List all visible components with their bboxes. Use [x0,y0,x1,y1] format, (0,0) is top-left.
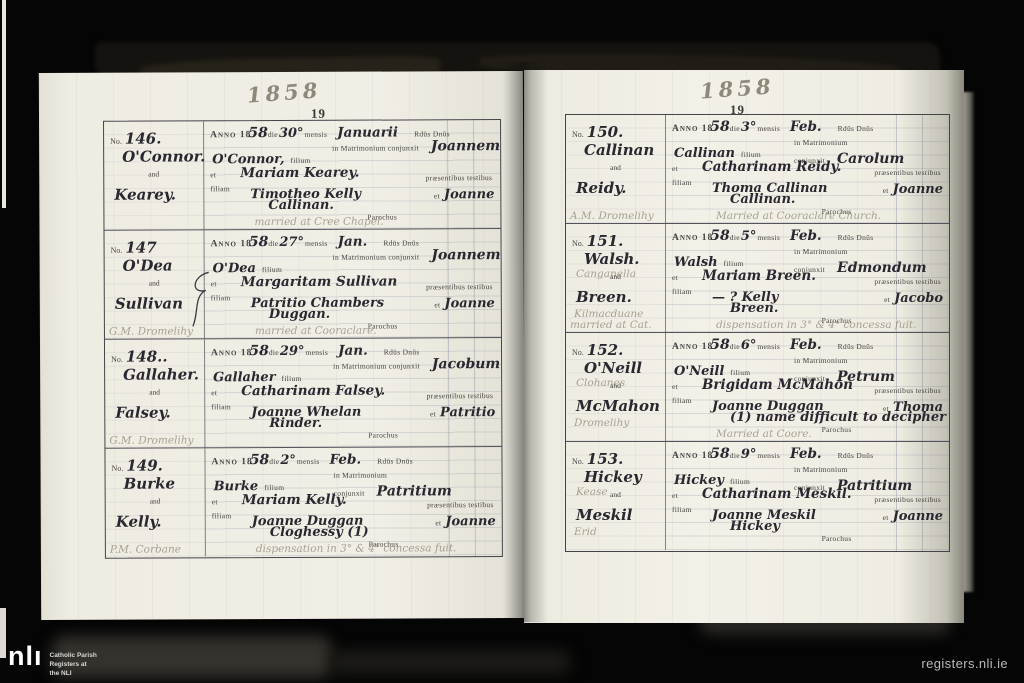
register-form-table: No.150. Callinan and Reidy. Anno 1858die… [565,114,950,552]
die-label: die [730,451,740,460]
scan-edge-artifact [0,608,6,658]
testibus-label: præsentibus testibus [874,168,941,177]
testibus-label: præsentibus testibus [427,500,494,509]
entry-body: Anno 1858die30°mensisJanuariiRdūs Dnūs i… [204,120,500,229]
bride-name: Margaritam Sullivan [241,273,398,290]
year-value: 58 [710,228,729,244]
entry-no-label: No. [111,355,123,364]
nli-caption-line: Catholic Parish [50,652,97,661]
entry-no-label: No. [572,239,584,248]
et-label: et [883,186,889,195]
margin-and-label: and [610,272,621,281]
mensis-label: mensis [757,233,780,242]
filiam-label: filiam [672,178,692,187]
witness-1-continued: Rinder. [269,416,322,431]
pencil-margin-note: G.M. Dromelihy [109,434,193,446]
witness-2: Joanne [445,514,495,529]
margin-and-label: and [610,490,621,499]
die-label: die [730,124,740,133]
parochus-label: Parochus [822,534,852,543]
mensis-label: mensis [305,239,328,248]
year-value: 58 [710,119,729,135]
scan-shadow-blob [330,650,570,674]
day-value: 3° [741,120,757,135]
groom-first-name: Joannem [431,247,500,263]
entry-body: Anno 1858die6°mensisFeb.Rdūs Dnūs in Mat… [666,333,949,441]
anno-label: Anno 18 [672,124,713,134]
day-value: 6° [741,338,757,353]
groom-first-name: Patritium [377,483,452,499]
margin-bride-surname: Kearey. [114,185,176,203]
groom-first-name: Jacobum [432,356,500,372]
et-label: et [434,191,440,200]
bride-name: Mariam Kelly. [242,492,347,508]
die-label: die [730,342,740,351]
margin-groom-surname: O'Neill [584,359,642,377]
die-label: die [269,348,279,357]
bride-name: Catharinam Meskil. [702,486,852,502]
anno-label: Anno 18 [211,348,252,358]
witness-1-continued: Duggan. [269,307,330,322]
pencil-footnote: Married at Coore. [716,428,812,440]
pencil-footnote: married at Cree Chapel. [254,216,383,229]
mensis-label: mensis [305,348,328,357]
anno-label: Anno 18 [672,342,713,352]
die-label: die [730,233,740,242]
mensis-label: mensis [757,451,780,460]
record-entry: No.153. Hickey Kease and Meskil Erid Ann… [566,442,949,550]
record-entry: No.150. Callinan and Reidy. Anno 1858die… [566,115,949,224]
entry-margin: No.149. Burke and Kelly. [105,448,205,556]
groom-first-name: Joannem [431,138,500,154]
groom-first-name: Edmondum [837,260,927,276]
margin-and-label: and [148,170,159,179]
nli-logo: nlı Catholic Parish Registers at the NLI [8,644,97,678]
year-value: 58 [249,343,269,359]
nli-logo-mark: nlı [8,644,43,668]
scan-edge-artifact [2,0,6,208]
testibus-label: præsentibus testibus [427,391,494,400]
witness-1-continued: Hickey [730,519,780,534]
entry-margin: No.150. Callinan and Reidy. [566,115,666,223]
margin-bride-surname: Kelly. [116,513,162,531]
pencil-footnote: Married at Cooraclare Church. [716,210,881,222]
testibus-label: præsentibus testibus [874,277,941,286]
year-annotation: 1858 [699,73,775,103]
pencil-townland-note: Dromelihy [574,417,629,429]
site-watermark: registers.nli.ie [921,656,1008,671]
entry-no-label: No. [572,457,584,466]
anno-label: Anno 18 [211,457,252,467]
entry-number: 146. [125,130,162,148]
anno-label: Anno 18 [672,451,713,461]
et-label: et [883,513,889,522]
year-value: 58 [249,234,269,250]
entry-number: 153. [587,450,624,468]
margin-bride-surname: Sullivan [115,294,183,312]
margin-groom-surname: Callinan [584,141,654,159]
record-entry: No.149. Burke and Kelly. Anno 1858die2°m… [105,447,501,557]
et-label: et [434,300,440,309]
die-label: die [268,239,278,248]
bride-name: Mariam Kearey. [240,165,359,182]
entry-number: 152. [587,341,624,359]
ink-squiggle-mark [188,268,214,330]
entry-body: Anno 1858die9°mensisFeb.Rdūs Dnūs in Mat… [666,442,949,550]
bride-name: Brigidam McMahon [702,377,853,393]
pencil-footnote: dispensation in 3° & 4° concessa fuit. [256,542,457,555]
entry-body: Anno 1858die2°mensisFeb.Rdūs Dnūs in Mat… [205,447,501,556]
day-value: 29° [280,344,305,359]
pencil-margin-note: P.M. Corbane [110,543,181,555]
anno-label: Anno 18 [210,130,251,140]
register-form-table: No.146. O'Connor. and Kearey. Anno 1858d… [103,119,503,559]
entry-margin: No.148.. Gallaher. and Falsey. [105,339,205,447]
margin-groom-surname: Hickey [584,468,642,486]
filiam-label: filiam [672,396,692,405]
day-value: 5° [741,229,757,244]
et-label: et [430,409,436,418]
entry-margin: No.153. Hickey Kease and Meskil Erid [566,442,666,550]
entry-margin: No.147 O'Dea and Sullivan [104,230,204,338]
record-entry: No.148.. Gallaher. and Falsey. Anno 1858… [105,338,501,449]
witness-2: Joanne [444,187,494,202]
bride-name: Catharinam Reidy. [702,159,841,175]
margin-groom-surname: Gallaher. [123,365,199,383]
entry-margin: No.151. Walsh. Canganella and Breen. Kil… [566,224,666,332]
die-label: die [268,130,278,139]
filiam-label: filiam [211,402,231,411]
margin-bride-surname: Falsey. [115,403,171,421]
bride-name: Catharinam Falsey. [241,383,385,400]
day-value: 30° [279,126,304,141]
entry-number: 147 [125,239,156,257]
margin-and-label: and [149,388,160,397]
margin-bride-surname: Meskil [576,506,632,524]
mensis-label: mensis [305,130,328,139]
year-value: 58 [248,125,268,141]
filiam-label: filiam [672,505,692,514]
margin-bride-surname: Breen. [576,288,632,306]
pencil-townland-note: Erid [574,526,597,538]
year-annotation: 1858 [246,77,322,107]
entry-number: 148.. [126,347,168,365]
die-label: die [269,457,279,466]
margin-bride-surname: Reidy. [576,179,626,197]
record-entry: No.152. O'Neill Clohanes and McMahon Dro… [566,333,949,442]
year-value: 58 [250,452,270,468]
record-entry: No.151. Walsh. Canganella and Breen. Kil… [566,224,949,333]
entry-no-label: No. [110,137,122,146]
witness-2: Joanne [893,509,943,524]
margin-and-label: and [610,381,621,390]
year-value: 58 [710,337,729,353]
pencil-townland-note: Canganella [576,268,636,280]
witness-2: Joanne [444,296,494,311]
entry-body: Anno 1858die29°mensisJan.Rdūs Dnūs in Ma… [205,338,501,447]
entry-number: 151. [587,232,624,250]
margin-groom-surname: O'Dea [123,256,173,274]
entry-margin: No.152. O'Neill Clohanes and McMahon Dro… [566,333,666,441]
mensis-label: mensis [757,124,780,133]
entry-number: 150. [587,123,624,141]
et-label: et [435,518,441,527]
margin-and-label: and [150,497,161,506]
anno-label: Anno 18 [211,239,252,249]
year-value: 58 [710,446,729,462]
et-label: et [884,295,890,304]
pencil-margin-note: A.M. Dromelihy [570,210,654,222]
witness-1-continued: Callinan. [268,198,334,213]
entry-no-label: No. [112,464,124,473]
pencil-footnote: dispensation in 3° & 4° concessa fuit. [716,319,917,331]
entry-margin: No.146. O'Connor. and Kearey. [104,121,204,229]
witness-1-continued: Callinan. [730,192,795,207]
record-entry: No.146. O'Connor. and Kearey. Anno 1858d… [104,120,500,231]
witness-2: Joanne [893,182,943,197]
margin-bride-surname: McMahon [576,397,660,415]
conjunxit-label: in Matrimonium conjunxit [333,361,420,370]
witness-1-continued: (1) name difficult to decipher [730,410,946,425]
parochus-label: Parochus [368,430,398,439]
entry-no-label: No. [111,246,123,255]
conjunxit-label: in Matrimonium conjunxit [332,143,419,152]
mensis-label: mensis [757,342,780,351]
entry-no-label: No. [572,348,584,357]
pencil-townland-note: Kease [576,486,608,498]
witness-2: Jacobo [894,291,943,306]
filiam-label: filiam [212,511,232,520]
filiam-label: filiam [672,287,692,296]
margin-groom-surname: Walsh. [584,250,640,268]
pencil-margin-note: G.M. Dromelihy [109,325,193,337]
pencil-margin-note: married at Cat. [570,319,652,331]
entry-no-label: No. [572,130,584,139]
nli-caption-line: Registers at [50,661,97,670]
margin-groom-surname: O'Connor. [122,147,205,165]
parochus-label: Parochus [822,425,852,434]
scanned-register-photo: 1858 19 No.146. O'Connor. and Kearey. An… [0,0,1024,683]
margin-and-label: and [149,279,160,288]
testibus-label: præsentibus testibus [426,173,493,182]
margin-and-label: and [610,163,621,172]
conjunxit-label: in Matrimonium conjunxit [333,252,420,261]
day-value: 27° [279,235,304,250]
bride-name: Mariam Breen. [702,268,816,284]
testibus-label: præsentibus testibus [874,386,941,395]
entry-number: 149. [126,457,163,475]
record-entry: No.147 O'Dea and Sullivan Anno 1858die27… [104,229,500,340]
witness-1-continued: Breen. [730,301,778,316]
entry-body: Anno 1858die5°mensisFeb.Rdūs Dnūs in Mat… [666,224,949,332]
day-value: 9° [741,447,757,462]
witness-2: Patritio [440,405,495,420]
nli-logo-caption: Catholic Parish Registers at the NLI [50,644,97,678]
register-page-right: 1858 19 No.150. Callinan and Reidy. Anno… [524,70,964,623]
nli-caption-line: the NLI [50,670,97,679]
pencil-footnote: married at Cooraclare. [255,325,377,338]
filiam-label: filiam [210,184,230,193]
day-value: 2° [280,453,296,468]
margin-groom-surname: Burke [124,474,176,492]
register-page-left: 1858 19 No.146. O'Connor. and Kearey. An… [39,71,525,620]
entry-body: Anno 1858die3°mensisFeb.Rdūs Dnūs in Mat… [666,115,949,223]
testibus-label: præsentibus testibus [426,282,493,291]
witness-1-continued: Cloghessy (1) [270,525,369,540]
anno-label: Anno 18 [672,233,713,243]
groom-first-name: Carolum [837,151,904,167]
entry-body: Anno 1858die27°mensisJan.Rdūs Dnūs in Ma… [204,229,500,338]
testibus-label: præsentibus testibus [874,495,941,504]
mensis-label: mensis [297,457,320,466]
